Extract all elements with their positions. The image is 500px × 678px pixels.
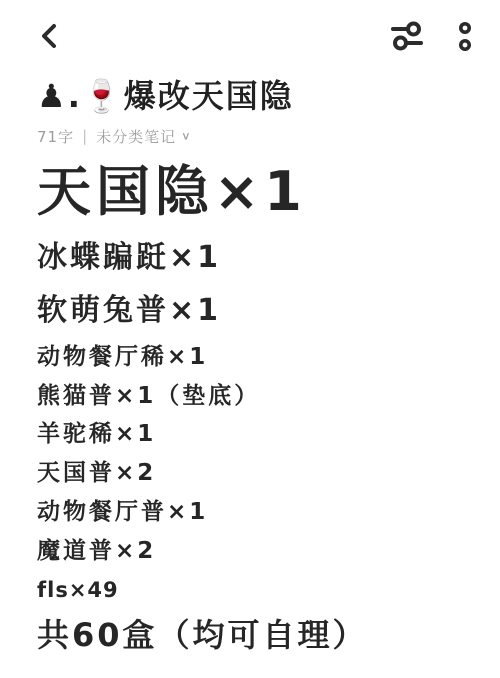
note-line: 魔道普×2 [37, 537, 476, 567]
category-label: 未分类笔记 [96, 126, 176, 147]
note-header: ♟.🍷爆改天国隐 71字 | 未分类笔记 ∨ [0, 76, 500, 147]
back-button[interactable] [36, 20, 61, 55]
chevron-down-icon: ∨ [181, 130, 192, 143]
more-menu-button[interactable] [456, 18, 474, 57]
note-line: 软萌兔普×1 [37, 290, 476, 332]
app-bar [0, 0, 500, 54]
note-line: 熊猫普×1（垫底） [37, 382, 476, 412]
note-line: 动物餐厅普×1 [37, 498, 476, 528]
note-line: fls×49 [37, 577, 476, 604]
note-line: 动物餐厅稀×1 [37, 343, 476, 373]
note-line: 羊驼稀×1 [37, 420, 476, 450]
note-line: 冰蝶蹁跹×1 [37, 237, 476, 279]
note-line: 天国普×2 [37, 459, 476, 489]
note-content[interactable]: 天国隐×1 冰蝶蹁跹×1 软萌兔普×1 动物餐厅稀×1 熊猫普×1（垫底） 羊驼… [0, 157, 500, 658]
two-dots-icon [458, 20, 472, 55]
note-line: 天国隐×1 [37, 157, 476, 226]
category-selector[interactable]: 未分类笔记 ∨ [96, 126, 192, 147]
sliders-icon [390, 20, 424, 55]
note-line: 共60盒（均可自理） [37, 614, 476, 657]
meta-divider: | [82, 127, 88, 145]
chevron-left-icon [38, 22, 59, 53]
word-count: 71字 [37, 126, 74, 147]
tune-button[interactable] [388, 18, 426, 57]
note-title[interactable]: ♟.🍷爆改天国隐 [37, 76, 470, 118]
note-meta: 71字 | 未分类笔记 ∨ [37, 126, 470, 147]
